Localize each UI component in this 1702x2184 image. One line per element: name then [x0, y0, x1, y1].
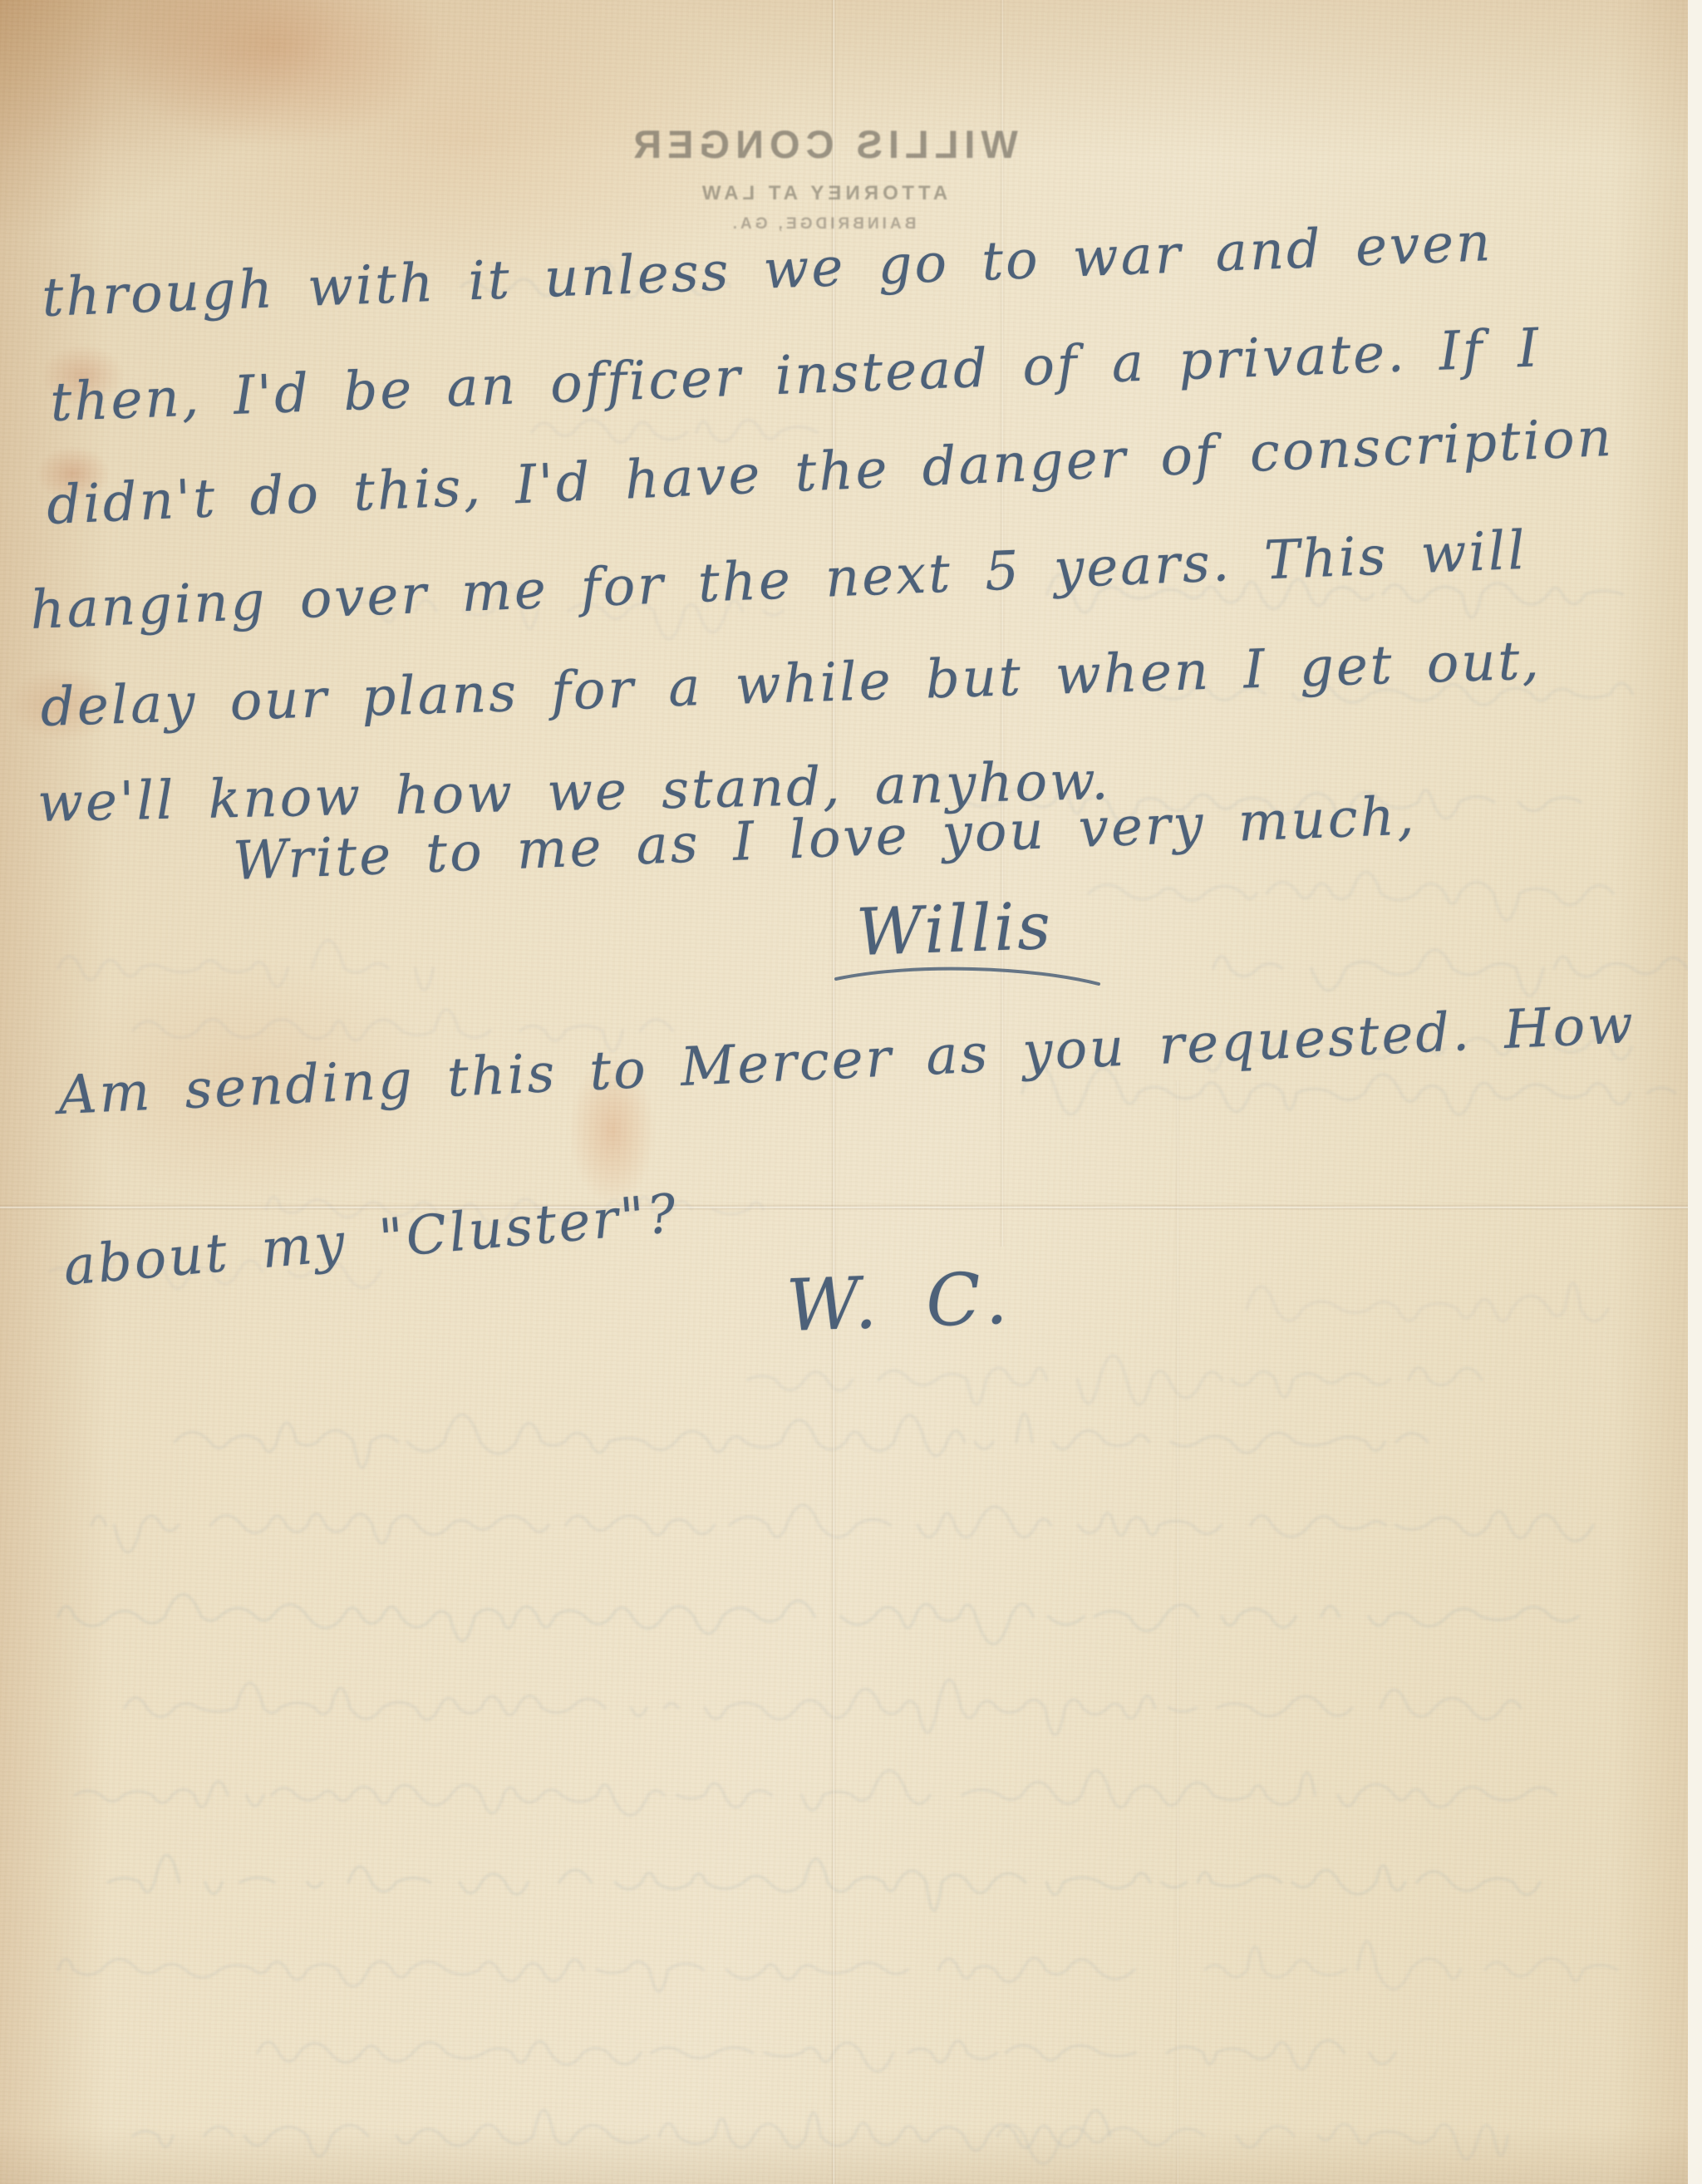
initials: W. C.	[785, 1257, 1016, 1348]
scanner-backing-edge	[1688, 0, 1702, 2184]
letter-scan: WILLIS CONGER ATTORNEY AT LAW BAINBRIDGE…	[0, 0, 1702, 2184]
